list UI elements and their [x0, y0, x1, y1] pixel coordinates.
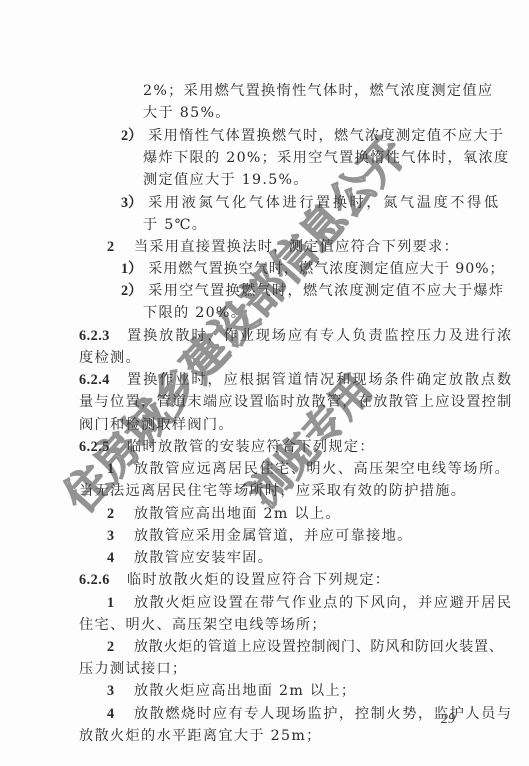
section-number: 6.2.4 [79, 371, 127, 389]
line-text: 当无法远离居民住宅等场所时，应采取有效的防护措施。 [79, 483, 466, 499]
item-number: 4 [107, 705, 128, 723]
line-text: 量与位置，管道末端应设置临时放散管，在放散管上应设置控制 [79, 394, 513, 410]
text-line: 住宅、明火、高压架空电线等场所； [79, 616, 327, 634]
list-item: 2 放散火炬的管道上应设置控制阀门、防风和防回火装置、 [107, 638, 504, 656]
line-text: 采用空气置换燃气时，燃气浓度测定值不应大于爆炸 [148, 283, 504, 299]
section-6-2-5: 6.2.5临时放散管的安装应符合下列规定： [79, 438, 375, 456]
item-number: 2） [121, 283, 142, 299]
text-line: 阀门和检测取样阀门。 [79, 416, 234, 434]
line-text: 置换作业时，应根据管道情况和现场条件确定放散点数 [127, 372, 513, 388]
list-item: 1） 采用燃气置换空气时，燃气浓度测定值应大于 90%； [121, 260, 505, 278]
line-text: 放散火炬的水平距离宜大于 25m； [79, 728, 322, 744]
section-number: 6.2.3 [79, 327, 127, 345]
line-text: 放散火炬的管道上应设置控制阀门、防风和防回火装置、 [134, 639, 504, 655]
line-text: 放散燃烧时应有专人现场监护，控制火势，监护人员与 [134, 706, 513, 722]
item-number: 2 [107, 638, 128, 656]
text-line: 度检测。 [79, 349, 141, 367]
section-number: 6.2.5 [79, 438, 127, 456]
list-item: 3 放散管应采用金属管道，并应可靠接地。 [107, 527, 413, 545]
list-item: 3） 采用液氮气化气体进行置换时，氮气温度不得低 [121, 194, 501, 212]
list-item: 3 放散火炬应高出地面 2m 以上； [107, 682, 356, 700]
list-item: 4 放散管应安装牢固。 [107, 549, 273, 567]
item-number: 1） [121, 261, 142, 277]
line-text: 测定值应大于 19.5%。 [143, 172, 309, 188]
text-line: 压力测试接口； [79, 660, 187, 678]
item-number: 2） [121, 128, 142, 144]
text-line: 放散火炬的水平距离宜大于 25m； [79, 727, 322, 745]
text-line: 测定值应大于 19.5%。 [143, 171, 309, 189]
document-page: 2%；采用燃气置换惰性气体时，燃气浓度测定值应 大于 85%。 2） 采用惰性气… [0, 0, 529, 766]
line-text: 临时放散管的安装应符合下列规定： [127, 439, 375, 455]
section-6-2-6: 6.2.6临时放散火炬的设置应符合下列规定： [79, 571, 390, 589]
line-text: 采用惰性气体置换燃气时，燃气浓度测定值不应大于 [148, 128, 504, 144]
line-text: 下限的 20%。 [143, 305, 246, 321]
line-text: 放散火炬应设置在带气作业点的下风向，并应避开居民 [134, 595, 513, 611]
item-number: 4 [107, 549, 128, 567]
line-text: 放散管应采用金属管道，并应可靠接地。 [134, 528, 413, 544]
item-number: 1 [107, 594, 128, 612]
text-line: 当无法远离居民住宅等场所时，应采取有效的防护措施。 [79, 482, 466, 500]
line-text: 放散管应高出地面 2m 以上。 [134, 506, 341, 522]
line-text: 临时放散火炬的设置应符合下列规定： [127, 572, 390, 588]
line-text: 度检测。 [79, 350, 141, 366]
text-line: 下限的 20%。 [143, 304, 246, 322]
list-item: 2） 采用惰性气体置换燃气时，燃气浓度测定值不应大于 [121, 127, 504, 145]
line-text: 爆炸下限的 20%；采用空气置换惰性气体时，氧浓度 [143, 150, 509, 166]
line-text: 采用液氮气化气体进行置换时，氮气温度不得低 [148, 195, 501, 211]
line-text: 压力测试接口； [79, 661, 187, 677]
text-line: 2%；采用燃气置换惰性气体时，燃气浓度测定值应 [143, 82, 493, 100]
line-text: 大于 85%。 [143, 105, 231, 121]
line-text: 住宅、明火、高压架空电线等场所； [79, 617, 327, 633]
list-item: 2） 采用空气置换燃气时，燃气浓度测定值不应大于爆炸 [121, 282, 504, 300]
list-item: 2 当采用直接置换法时，测定值应符合下列要求： [107, 238, 459, 256]
item-number: 2 [107, 238, 128, 256]
list-item: 2 放散管应高出地面 2m 以上。 [107, 505, 341, 523]
item-number: 3） [121, 195, 142, 211]
line-text: 放散管应远离居民住宅、明火、高压架空电线等场所。 [134, 461, 511, 477]
item-number: 2 [107, 505, 128, 523]
item-number: 1 [107, 460, 128, 478]
section-number: 6.2.6 [79, 571, 127, 589]
text-line: 大于 85%。 [143, 104, 231, 122]
text-line: 爆炸下限的 20%；采用空气置换惰性气体时，氧浓度 [143, 149, 509, 167]
item-number: 3 [107, 682, 128, 700]
line-text: 放散管应安装牢固。 [134, 550, 273, 566]
section-6-2-3: 6.2.3置换放散时，作业现场应有专人负责监控压力及进行浓 [79, 327, 513, 345]
line-text: 阀门和检测取样阀门。 [79, 417, 234, 433]
list-item: 1 放散火炬应设置在带气作业点的下风向，并应避开居民 [107, 594, 513, 612]
line-text: 于 5℃。 [143, 217, 207, 233]
line-text: 当采用直接置换法时，测定值应符合下列要求： [134, 239, 459, 255]
section-6-2-4: 6.2.4置换作业时，应根据管道情况和现场条件确定放散点数 [79, 371, 513, 389]
line-text: 置换放散时，作业现场应有专人负责监控压力及进行浓 [127, 328, 513, 344]
line-text: 采用燃气置换空气时，燃气浓度测定值应大于 90%； [148, 261, 504, 277]
page-number: 29 [441, 712, 455, 728]
text-line: 量与位置，管道末端应设置临时放散管，在放散管上应设置控制 [79, 393, 513, 411]
text-line: 于 5℃。 [143, 216, 207, 234]
item-number: 3 [107, 527, 128, 545]
line-text: 2%；采用燃气置换惰性气体时，燃气浓度测定值应 [143, 83, 493, 99]
list-item: 1 放散管应远离居民住宅、明火、高压架空电线等场所。 [107, 460, 510, 478]
line-text: 放散火炬应高出地面 2m 以上； [134, 683, 357, 699]
